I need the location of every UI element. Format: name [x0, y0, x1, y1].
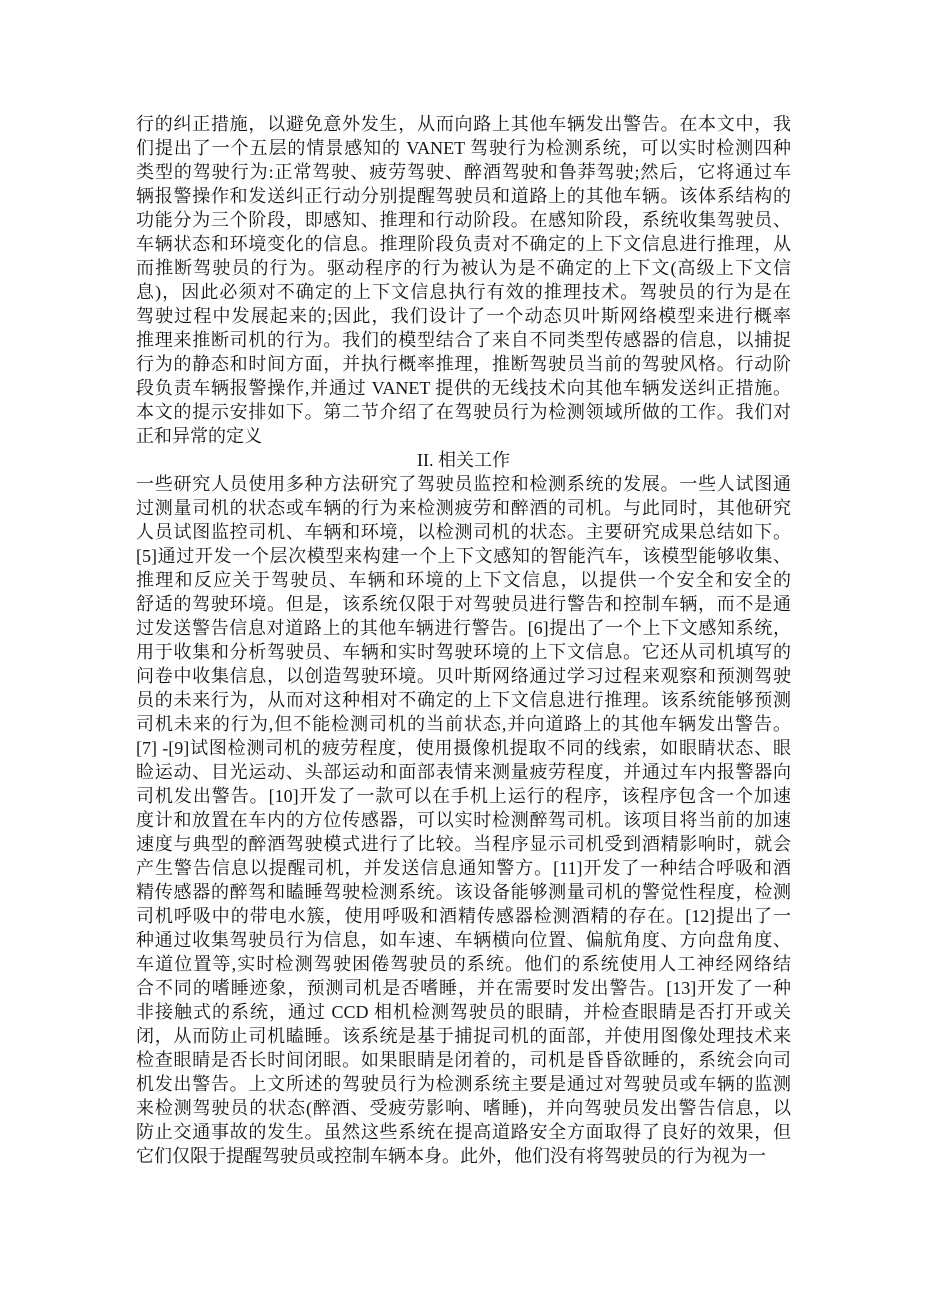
text-line: 种通过收集驾驶员行为信息，如车速、车辆横向位置、偏航角度、方向盘角度、 — [136, 928, 791, 952]
text-line: 驾驶过程中发展起来的;因此，我们设计了一个动态贝叶斯网络模型来进行概率 — [136, 304, 791, 328]
text-line: 过发送警告信息对道路上的其他车辆进行警告。[6]提出了一个上下文感知系统， — [136, 616, 791, 640]
text-line: 息)，因此必须对不确定的上下文信息执行有效的推理技术。驾驶员的行为是在 — [136, 280, 791, 304]
text-line: 度计和放置在车内的方位传感器，可以实时检测醉驾司机。该项目将当前的加速 — [136, 808, 791, 832]
text-line: 检查眼睛是否长时间闭眼。如果眼睛是闭着的，司机是昏昏欲睡的，系统会向司 — [136, 1048, 791, 1072]
text-line: 员的未来行为，从而对这种相对不确定的上下文信息进行推理。该系统能够预测 — [136, 688, 791, 712]
text-line: 产生警告信息以提醒司机，并发送信息通知警方。[11]开发了一种结合呼吸和酒 — [136, 856, 791, 880]
text-line: 段负责车辆报警操作,并通过 VANET 提供的无线技术向其他车辆发送纠正措施。 — [136, 376, 791, 400]
text-line: 推理来推断司机的行为。我们的模型结合了来自不同类型传感器的信息，以捕捉 — [136, 328, 791, 352]
text-line: 问卷中收集信息，以创造驾驶环境。贝叶斯网络通过学习过程来观察和预测驾驶 — [136, 664, 791, 688]
text-line: 类型的驾驶行为:正常驾驶、疲劳驾驶、醉酒驾驶和鲁莽驾驶;然后，它将通过车 — [136, 160, 791, 184]
text-line: 们提出了一个五层的情景感知的 VANET 驾驶行为检测系统，可以实时检测四种 — [136, 136, 791, 160]
intro-paragraph: 行的纠正措施，以避免意外发生，从而向路上其他车辆发出警告。在本文中，我们提出了一… — [136, 112, 791, 448]
text-line: 司机未来的行为,但不能检测司机的当前状态,并向道路上的其他车辆发出警告。 — [136, 712, 791, 736]
text-line: 闭，从而防止司机瞌睡。该系统是基于捕捉司机的面部，并使用图像处理技术来 — [136, 1024, 791, 1048]
text-line: 而推断驾驶员的行为。驱动程序的行为被认为是不确定的上下文(高级上下文信 — [136, 256, 791, 280]
text-line: 过测量司机的状态或车辆的行为来检测疲劳和醉酒的司机。与此同时，其他研究 — [136, 496, 791, 520]
text-line: 辆报警操作和发送纠正行动分别提醒驾驶员和道路上的其他车辆。该体系结构的 — [136, 184, 791, 208]
text-line: 睑运动、目光运动、头部运动和面部表情来测量疲劳程度，并通过车内报警器向 — [136, 760, 791, 784]
text-line: 司机呼吸中的带电水簇，使用呼吸和酒精传感器检测酒精的存在。[12]提出了一 — [136, 904, 791, 928]
text-line: 行为的静态和时间方面，并执行概率推理，推断驾驶员当前的驾驶风格。行动阶 — [136, 352, 791, 376]
text-line: 车辆状态和环境变化的信息。推理阶段负责对不确定的上下文信息进行推理，从 — [136, 232, 791, 256]
text-line: 防止交通事故的发生。虽然这些系统在提高道路安全方面取得了良好的效果，但 — [136, 1120, 791, 1144]
document-page: 行的纠正措施，以避免意外发生，从而向路上其他车辆发出警告。在本文中，我们提出了一… — [0, 0, 926, 1309]
text-line: [7] -[9]试图检测司机的疲劳程度，使用摄像机提取不同的线索，如眼睛状态、眼 — [136, 736, 791, 760]
text-line: 速度与典型的醉酒驾驶模式进行了比较。当程序显示司机受到酒精影响时，就会 — [136, 832, 791, 856]
text-line: 功能分为三个阶段，即感知、推理和行动阶段。在感知阶段，系统收集驾驶员、 — [136, 208, 791, 232]
text-line: 人员试图监控司机、车辆和环境，以检测司机的状态。主要研究成果总结如下。 — [136, 520, 791, 544]
related-work-paragraph: 一些研究人员使用多种方法研究了驾驶员监控和检测系统的发展。一些人试图通过测量司机… — [136, 472, 791, 1168]
text-line: 用于收集和分析驾驶员、车辆和实时驾驶环境的上下文信息。它还从司机填写的 — [136, 640, 791, 664]
text-line: 合不同的嗜睡迹象，预测司机是否嗜睡，并在需要时发出警告。[13]开发了一种 — [136, 976, 791, 1000]
text-line: 推理和反应关于驾驶员、车辆和环境的上下文信息，以提供一个安全和安全的 — [136, 568, 791, 592]
text-line: 行的纠正措施，以避免意外发生，从而向路上其他车辆发出警告。在本文中，我 — [136, 112, 791, 136]
text-line: 舒适的驾驶环境。但是，该系统仅限于对驾驶员进行警告和控制车辆，而不是通 — [136, 592, 791, 616]
text-line: 非接触式的系统，通过 CCD 相机检测驾驶员的眼睛，并检查眼睛是否打开或关 — [136, 1000, 791, 1024]
text-line: 精传感器的醉驾和瞌睡驾驶检测系统。该设备能够测量司机的警觉性程度，检测 — [136, 880, 791, 904]
text-line: 来检测驾驶员的状态(醉酒、受疲劳影响、嗜睡)，并向驾驶员发出警告信息，以 — [136, 1096, 791, 1120]
text-line: 司机发出警告。[10]开发了一款可以在手机上运行的程序，该程序包含一个加速 — [136, 784, 791, 808]
text-line: [5]通过开发一个层次模型来构建一个上下文感知的智能汽车，该模型能够收集、 — [136, 544, 791, 568]
text-line: 车道位置等,实时检测驾驶困倦驾驶员的系统。他们的系统使用人工神经网络结 — [136, 952, 791, 976]
text-line: 它们仅限于提醒驾驶员或控制车辆本身。此外，他们没有将驾驶员的行为视为一 — [136, 1144, 791, 1168]
text-line: 本文的提示安排如下。第二节介绍了在驾驶员行为检测领域所做的工作。我们对 — [136, 400, 791, 424]
text-line: 一些研究人员使用多种方法研究了驾驶员监控和检测系统的发展。一些人试图通 — [136, 472, 791, 496]
section-heading: II. 相关工作 — [136, 448, 791, 472]
text-line: 机发出警告。上文所述的驾驶员行为检测系统主要是通过对驾驶员或车辆的监测 — [136, 1072, 791, 1096]
text-line: 正和异常的定义 — [136, 424, 791, 448]
